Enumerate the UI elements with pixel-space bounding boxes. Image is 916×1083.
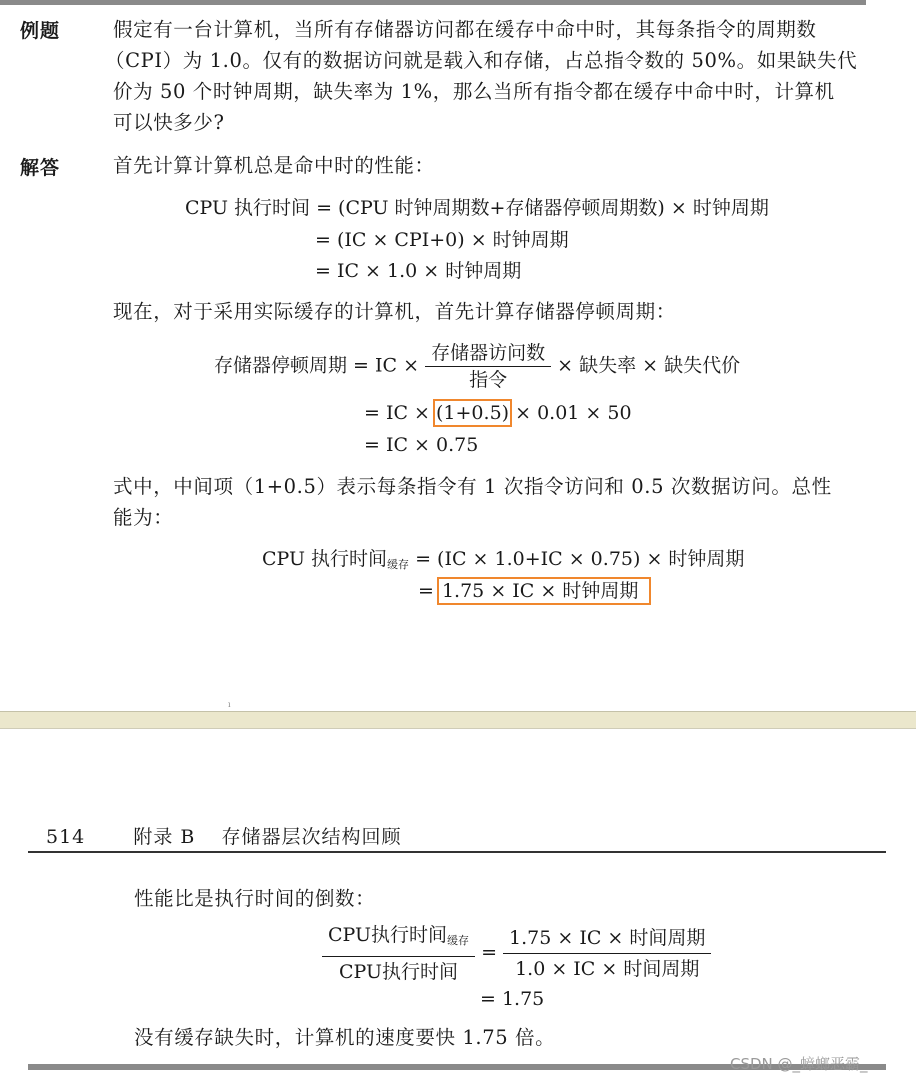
eq2-frac-num: 存储器访问数 [425, 340, 551, 367]
eq3-lhs: CPU 执行时间 [262, 548, 387, 570]
example-label: 例题 [20, 16, 60, 43]
eq2-rhs: × 缺失率 × 缺失代价 [557, 355, 740, 377]
answer-intro: 首先计算计算机总是命中时的性能： [113, 150, 435, 181]
page-separator [0, 711, 916, 729]
example-line-2: （CPI）为 1.0。仅有的数据访问就是载入和存储，占总指令数的 50%。如果缺… [105, 45, 857, 76]
header-title: 存储器层次结构回顾 [221, 826, 401, 848]
eq4-rhs-num: 1.75 × IC × 时间周期 [503, 923, 711, 954]
highlight-box-1-plus-0-5: (1+0.5) [436, 402, 509, 424]
eq2-line3: = IC × 0.75 [364, 430, 478, 460]
eq4-lhs-num: CPU执行时间缓存 [322, 920, 475, 957]
eq4-lhs-num-sub: 缓存 [447, 934, 469, 947]
eq4-equals: = [481, 942, 497, 964]
eq2-line2-pre: = IC × [364, 402, 430, 424]
watermark: CSDN @_蟑螂恶霸_ [730, 1053, 868, 1074]
eq4-result: = 1.75 [480, 984, 544, 1014]
example-line-3: 价为 50 个时钟周期，缺失率为 1%，那么当所有指令都在缓存中命中时，计算机 [113, 76, 857, 107]
answer-para2: 现在，对于采用实际缓存的计算机，首先计算存储器停顿周期： [113, 296, 676, 327]
answer-label: 解答 [20, 153, 60, 180]
eq1-line3: = IC × 1.0 × 时钟周期 [315, 256, 521, 286]
page-number: 514 [46, 826, 85, 848]
eq2-line2: = IC × (1+0.5) × 0.01 × 50 [364, 398, 632, 428]
conclusion: 没有缓存缺失时，计算机的速度要快 1.75 倍。 [134, 1022, 555, 1053]
para3-line1: 式中，中间项（1+0.5）表示每条指令有 1 次指令访问和 0.5 次数据访问。… [113, 471, 832, 502]
example-line-4: 可以快多少? [113, 107, 857, 138]
highlight-box-result: 1.75 × IC × 时钟周期 [440, 580, 648, 602]
eq1-line2: = (IC × CPI+0) × 时钟周期 [315, 225, 569, 255]
eq1-rhs1: = (CPU 时钟周期数+存储器停顿周期数) × 时钟周期 [316, 197, 769, 219]
eq1-lhs: CPU 执行时间 [185, 197, 310, 219]
eq2-frac-den: 指令 [425, 367, 551, 393]
eq4-rhs-den: 1.0 × IC × 时间周期 [503, 954, 711, 984]
eq2-lhs: 存储器停顿周期 = IC × [214, 355, 419, 377]
example-text: 假定有一台计算机，当所有存储器访问都在缓存中命中时，其每条指令的周期数 （CPI… [113, 14, 857, 138]
eq3-rhs1: = (IC × 1.0+IC × 0.75) × 时钟周期 [415, 548, 744, 570]
para3-line2: 能为： [113, 502, 832, 533]
eq4-lhs-den: CPU执行时间 [322, 957, 475, 987]
page2-para1: 性能比是执行时间的倒数： [134, 883, 375, 914]
eq4-lhs-fraction: CPU执行时间缓存 CPU执行时间 [322, 920, 475, 987]
eq3-line2: = 1.75 × IC × 时钟周期 [418, 576, 648, 606]
eq3-line2-eq: = [418, 580, 434, 602]
eq4-lhs-num-text: CPU执行时间 [328, 924, 447, 946]
eq2-line2-post: × 0.01 × 50 [515, 402, 631, 424]
eq3-lhs-sub: 缓存 [387, 558, 409, 571]
eq2-line1: 存储器停顿周期 = IC × 存储器访问数 指令 × 缺失率 × 缺失代价 [214, 340, 740, 393]
header-chapter: 附录 B [133, 826, 195, 848]
header-rule [28, 851, 886, 853]
scan-mark: ı [228, 700, 231, 709]
eq4: CPU执行时间缓存 CPU执行时间 = 1.75 × IC × 时间周期 1.0… [322, 920, 711, 987]
top-page-rule [0, 0, 866, 5]
eq2-fraction: 存储器访问数 指令 [425, 340, 551, 393]
page-header: 514 附录 B 存储器层次结构回顾 [46, 822, 401, 849]
example-line-1: 假定有一台计算机，当所有存储器访问都在缓存中命中时，其每条指令的周期数 [113, 14, 857, 45]
eq1-line1: CPU 执行时间 = (CPU 时钟周期数+存储器停顿周期数) × 时钟周期 [185, 193, 769, 223]
eq4-rhs-fraction: 1.75 × IC × 时间周期 1.0 × IC × 时间周期 [503, 923, 711, 984]
eq3-line1: CPU 执行时间缓存 = (IC × 1.0+IC × 0.75) × 时钟周期 [262, 544, 744, 580]
answer-para3: 式中，中间项（1+0.5）表示每条指令有 1 次指令访问和 0.5 次数据访问。… [113, 471, 832, 533]
